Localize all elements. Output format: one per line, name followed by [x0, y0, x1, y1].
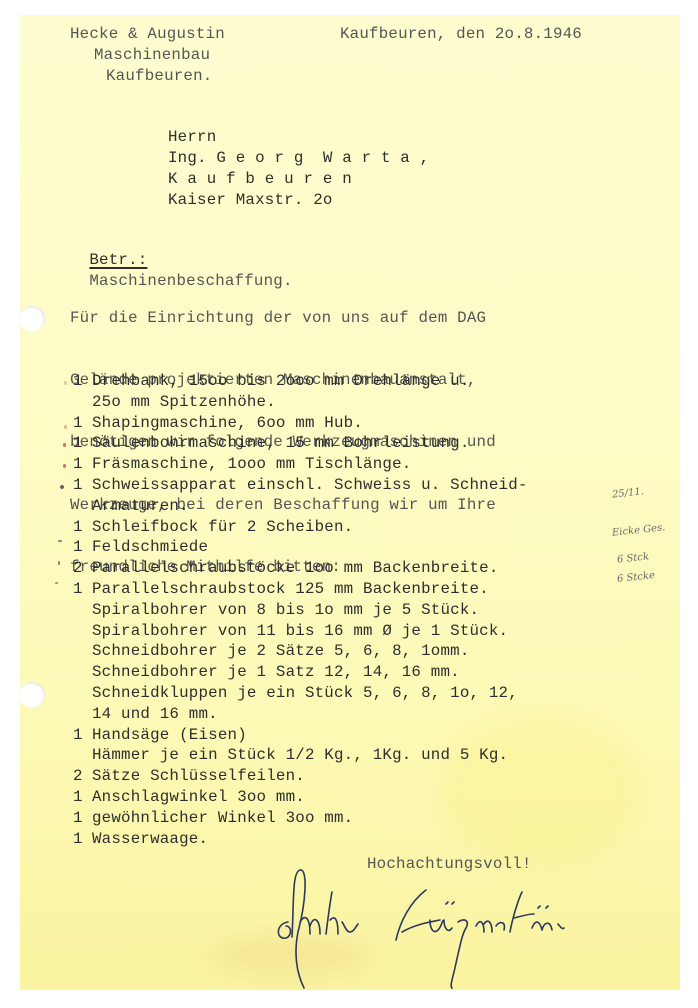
list-item: 1gewöhnlicher Winkel 3oo mm.: [73, 808, 528, 829]
item-quantity: 1: [73, 829, 92, 850]
sender-company: Hecke & Augustin: [70, 24, 225, 45]
item-text: Sätze Schlüsselfeilen.: [92, 767, 305, 785]
punch-hole: [19, 682, 45, 708]
list-item: 1Fräsmaschine, 1ooo mm Tischlänge.: [73, 454, 528, 475]
list-item: 1Säulenbohrmaschine, 15 mm Bohrleistung.: [73, 433, 528, 454]
list-item: 1Parallelschraubstock 125 mm Backenbreit…: [73, 579, 528, 600]
recipient-street: Kaiser Maxstr. 2o: [168, 190, 333, 211]
tick-mark: [63, 464, 66, 468]
dateline: Kaufbeuren, den 2o.8.1946: [340, 24, 582, 45]
item-text: Schneidbohrer je 2 Sätze 5, 6, 8, 1omm.: [92, 642, 470, 660]
item-text: Armaturen.: [92, 497, 189, 515]
item-quantity: 1: [73, 433, 92, 454]
list-item: 1Schleifbock für 2 Scheiben.: [73, 517, 528, 538]
tick-mark: [55, 582, 58, 584]
item-text: gewöhnlicher Winkel 3oo mm.: [92, 809, 353, 827]
list-item: 1Feldschmiede: [73, 537, 528, 558]
item-list: 1Drehbank, 15oo bis 2ooo mm Drehlänge u.…: [73, 371, 528, 849]
item-text: Spiralbohrer von 8 bis 1o mm je 5 Stück.: [92, 601, 479, 619]
list-item: 1Schweissapparat einschl. Schweiss u. Sc…: [73, 475, 528, 496]
item-text: Schweissapparat einschl. Schweiss u. Sch…: [92, 476, 528, 494]
list-item: Hämmer je ein Stück 1/2 Kg., 1Kg. und 5 …: [73, 745, 528, 766]
item-quantity: 1: [73, 537, 92, 558]
recipient-city: K a u f b e u r e n: [168, 169, 352, 190]
list-item: 1Shapingmaschine, 6oo mm Hub.: [73, 413, 528, 434]
list-item: 14 und 16 mm.: [73, 704, 528, 725]
item-quantity: 1: [73, 725, 92, 746]
list-item: 1Wasserwaage.: [73, 829, 528, 850]
item-text: Drehbank, 15oo bis 2ooo mm Drehlänge u.: [92, 372, 470, 390]
list-item: 1Anschlagwinkel 3oo mm.: [73, 787, 528, 808]
list-item: Armaturen.: [73, 496, 528, 517]
item-text: Schneidkluppen je ein Stück 5, 6, 8, 1o,…: [92, 684, 518, 702]
item-quantity: 1: [73, 787, 92, 808]
item-text: Parallelschraubstock 125 mm Backenbreite…: [92, 580, 489, 598]
item-text: Feldschmiede: [92, 538, 208, 556]
item-text: Wasserwaage.: [92, 830, 208, 848]
item-quantity: 1: [73, 371, 92, 392]
list-item: 2Sätze Schlüsselfeilen.: [73, 766, 528, 787]
item-quantity: 1: [73, 808, 92, 829]
list-item: Schneidkluppen je ein Stück 5, 6, 8, 1o,…: [73, 683, 528, 704]
item-text: Schneidbohrer je 1 Satz 12, 14, 16 mm.: [92, 663, 460, 681]
item-text: Handsäge (Eisen): [92, 726, 247, 744]
item-quantity: 2: [73, 558, 92, 579]
sender-line2: Maschinenbau: [94, 45, 210, 66]
item-quantity: 2: [73, 766, 92, 787]
list-item: Schneidbohrer je 2 Sätze 5, 6, 8, 1omm.: [73, 641, 528, 662]
list-item: 1Handsäge (Eisen): [73, 725, 528, 746]
list-item: 2Parallelschraubstöcke 1oo mm Backenbrei…: [73, 558, 528, 579]
item-text: 14 und 16 mm.: [92, 705, 218, 723]
item-text: 25o mm Spitzenhöhe.: [92, 393, 276, 411]
item-text: Parallelschraubstöcke 1oo mm Backenbreit…: [92, 559, 499, 577]
item-quantity: 1: [73, 517, 92, 538]
item-text: Fräsmaschine, 1ooo mm Tischlänge.: [92, 455, 411, 473]
body-line: Für die Einrichtung der von uns auf dem …: [70, 308, 496, 329]
list-item: 25o mm Spitzenhöhe.: [73, 392, 528, 413]
list-item: Schneidbohrer je 1 Satz 12, 14, 16 mm.: [73, 662, 528, 683]
item-text: Säulenbohrmaschine, 15 mm Bohrleistung.: [92, 434, 470, 452]
recipient-salutation: Herrn: [168, 127, 216, 148]
recipient-name: Ing. G e o r g W a r t a ,: [168, 148, 429, 169]
item-text: Anschlagwinkel 3oo mm.: [92, 788, 305, 806]
list-item: Spiralbohrer von 8 bis 1o mm je 5 Stück.: [73, 600, 528, 621]
list-item: Spiralbohrer von 11 bis 16 mm Ø je 1 Stü…: [73, 621, 528, 642]
tick-mark: [64, 381, 67, 385]
list-item: 1Drehbank, 15oo bis 2ooo mm Drehlänge u.: [73, 371, 528, 392]
tick-mark: [64, 425, 67, 429]
item-quantity: 1: [73, 413, 92, 434]
tick-mark: [58, 540, 62, 542]
signature-icon: [270, 862, 620, 992]
tick-mark: [58, 561, 60, 565]
item-text: Shapingmaschine, 6oo mm Hub.: [92, 414, 363, 432]
sender-city: Kaufbeuren.: [106, 66, 212, 87]
item-text: Hämmer je ein Stück 1/2 Kg., 1Kg. und 5 …: [92, 746, 508, 764]
item-quantity: 1: [73, 475, 92, 496]
punch-hole: [19, 306, 45, 332]
item-text: Spiralbohrer von 11 bis 16 mm Ø je 1 Stü…: [92, 622, 508, 640]
item-quantity: 1: [73, 454, 92, 475]
item-text: Schleifbock für 2 Scheiben.: [92, 518, 353, 536]
item-quantity: 1: [73, 579, 92, 600]
tick-mark: [63, 443, 66, 447]
